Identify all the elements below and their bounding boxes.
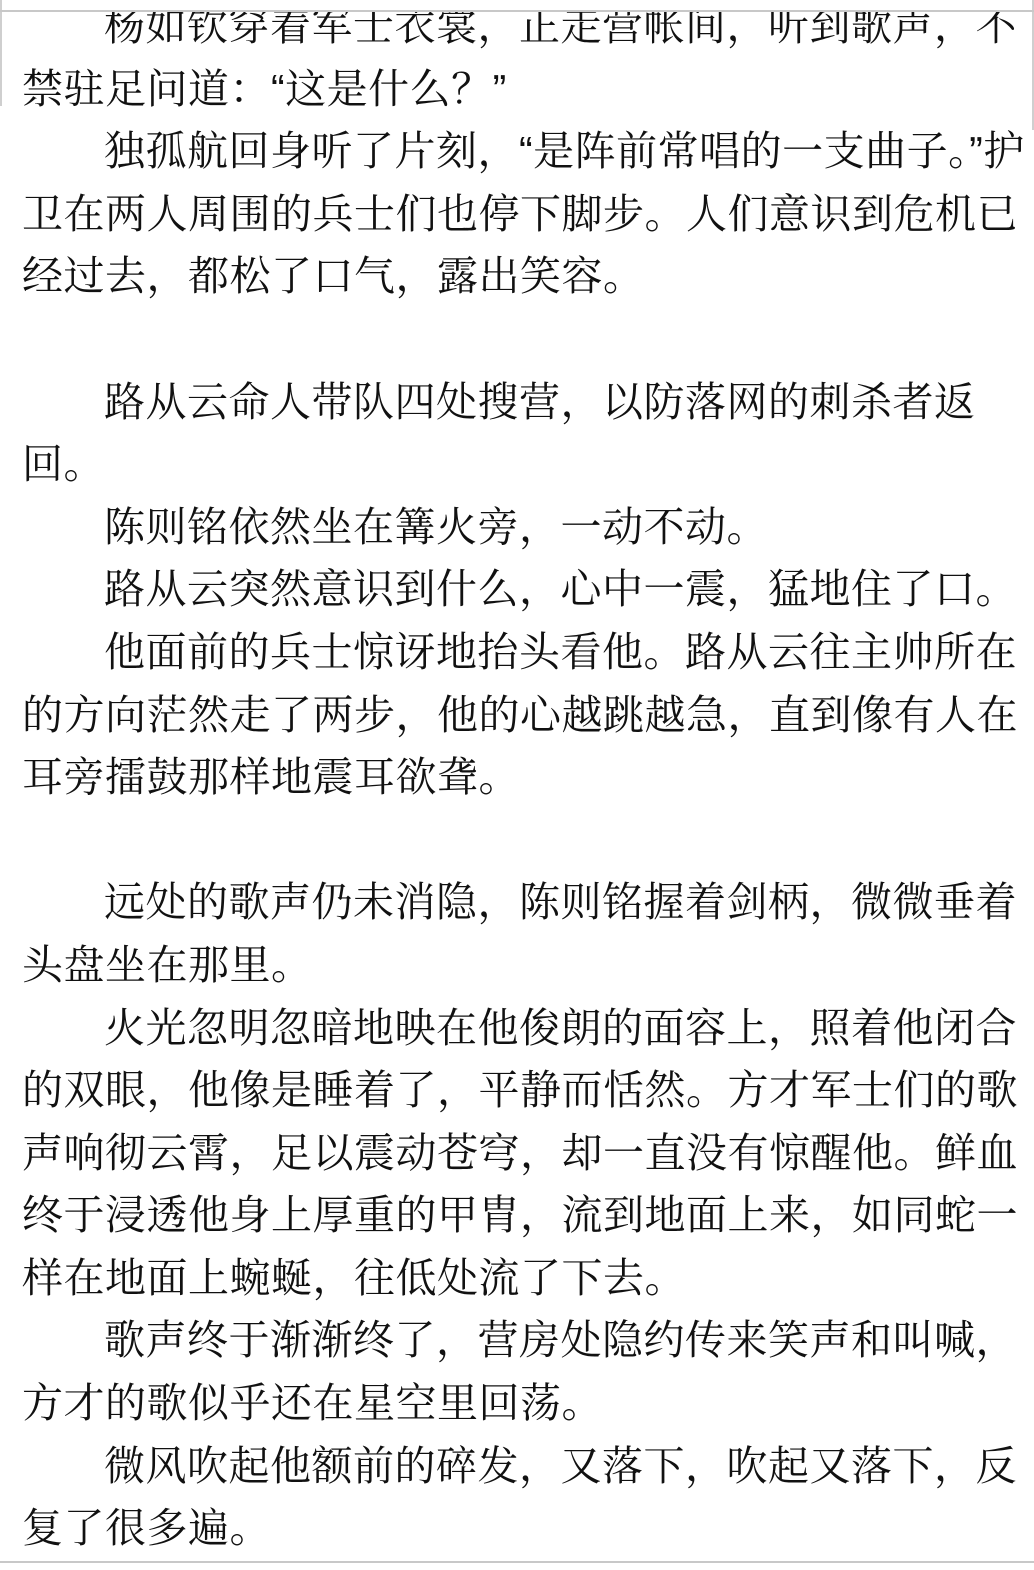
paragraph: 杨如钦穿着军士衣裳，正走营帐间，听到歌声，不禁驻足问道：“这是什么？” bbox=[22, 12, 1026, 120]
paragraph: 歌声终于渐渐终了，营房处隐约传来笑声和叫喊，方才的歌似乎还在星空里回荡。 bbox=[22, 1309, 1026, 1434]
paragraph: 火光忽明忽暗地映在他俊朗的面容上，照着他闭合的双眼，他像是睡着了，平静而恬然。方… bbox=[22, 997, 1026, 1310]
reading-page[interactable]: 杨如钦穿着军士衣裳，正走营帐间，听到歌声，不禁驻足问道：“这是什么？”独孤航回身… bbox=[0, 12, 1034, 1561]
paragraph: 独孤航回身听了片刻，“是阵前常唱的一支曲子。”护卫在两人周围的兵士们也停下脚步。… bbox=[22, 120, 1026, 308]
paragraph: 路从云命人带队四处搜营，以防落网的刺杀者返回。 bbox=[22, 371, 1026, 496]
paragraph: 陈则铭依然坐在篝火旁，一动不动。 bbox=[22, 496, 1026, 559]
paragraph: 他面前的兵士惊讶地抬头看他。路从云往主帅所在的方向茫然走了两步，他的心越跳越急，… bbox=[22, 621, 1026, 809]
paragraph: 路从云突然意识到什么，心中一震，猛地住了口。 bbox=[22, 558, 1026, 621]
page-text: 杨如钦穿着军士衣裳，正走营帐间，听到歌声，不禁驻足问道：“这是什么？”独孤航回身… bbox=[22, 12, 1026, 1560]
paragraph: 微风吹起他额前的碎发，又落下，吹起又落下，反复了很多遍。 bbox=[22, 1435, 1026, 1560]
blank-line bbox=[22, 809, 1026, 872]
paragraph: 远处的歌声仍未消隐，陈则铭握着剑柄，微微垂着头盘坐在那里。 bbox=[22, 871, 1026, 996]
bottom-page-divider bbox=[0, 1561, 1034, 1563]
blank-line bbox=[22, 308, 1026, 371]
